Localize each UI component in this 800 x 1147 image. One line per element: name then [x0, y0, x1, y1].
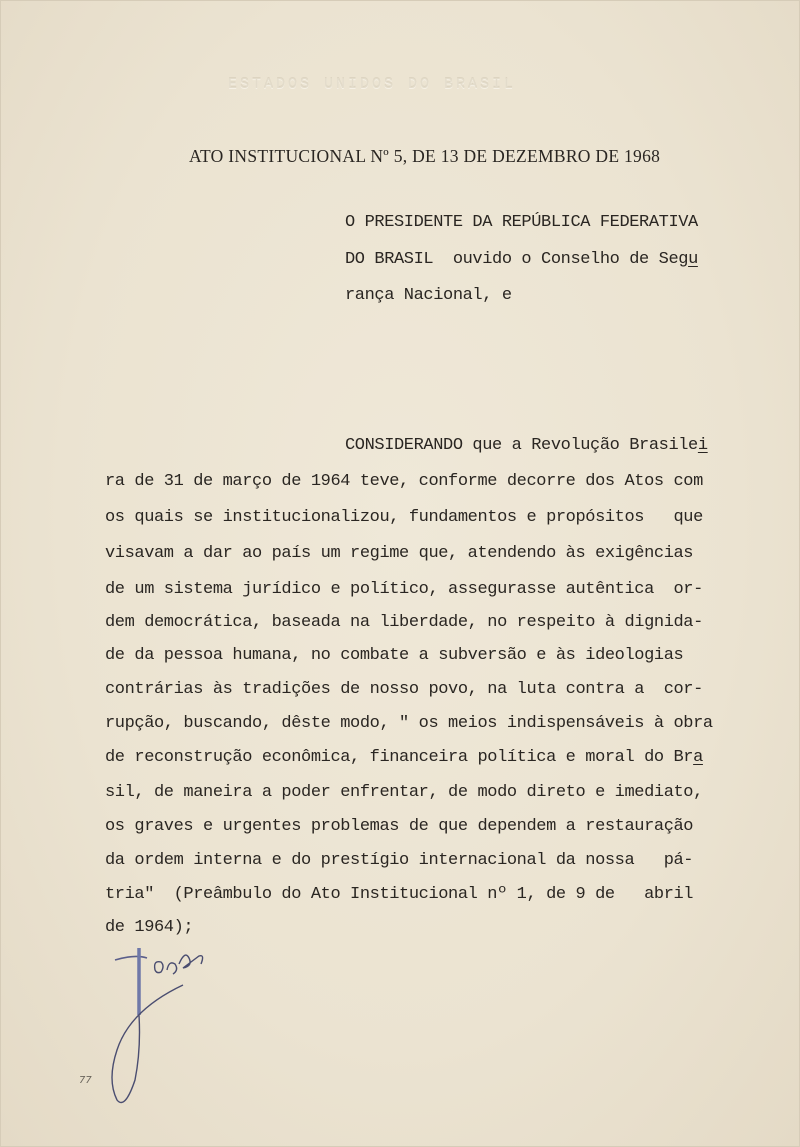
considerando-line-8: contrárias às tradições de nosso povo, n…	[105, 680, 703, 700]
document-page: ESTADOS UNIDOS DO BRASIL ATO INSTITUCION…	[0, 0, 800, 1147]
considerando-line-6: dem democrática, baseada na liberdade, n…	[105, 613, 703, 633]
embossed-letterhead: ESTADOS UNIDOS DO BRASIL	[228, 76, 516, 93]
preamble-line-1: O PRESIDENTE DA REPÚBLICA FEDERATIVA	[345, 213, 698, 233]
page-initials: 77	[79, 1075, 92, 1086]
preamble-line-2-underlined: u	[688, 250, 698, 269]
considerando-line-3: os quais se institucionalizou, fundament…	[105, 508, 703, 528]
considerando-line-14: tria" (Preâmbulo do Ato Institucional nº…	[105, 885, 693, 905]
considerando-line-7: de da pessoa humana, no combate a subver…	[105, 646, 683, 666]
handwritten-signature-icon	[95, 940, 235, 1120]
considerando-line-10: de reconstrução econômica, financeira po…	[105, 748, 703, 768]
considerando-line-1: CONSIDERANDO que a Revolução Brasilei	[345, 436, 708, 456]
preamble-line-3: rança Nacional, e	[345, 286, 512, 306]
considerando-line-1-text: CONSIDERANDO que a Revolução Brasile	[345, 436, 698, 455]
considerando-line-4: visavam a dar ao país um regime que, ate…	[105, 544, 693, 564]
considerando-line-11: sil, de maneira a poder enfrentar, de mo…	[105, 783, 703, 803]
considerando-line-9: rupção, buscando, dêste modo, " os meios…	[105, 714, 713, 734]
considerando-line-10-underlined: a	[693, 748, 703, 767]
considerando-line-13: da ordem interna e do prestígio internac…	[105, 851, 693, 871]
considerando-line-15: de 1964);	[105, 918, 193, 938]
considerando-line-10-text: de reconstrução econômica, financeira po…	[105, 748, 693, 767]
preamble-line-2: DO BRASIL ouvido o Conselho de Segu	[345, 250, 698, 270]
considerando-line-2: ra de 31 de março de 1964 teve, conforme…	[105, 472, 703, 492]
preamble-line-2-text: DO BRASIL ouvido o Conselho de Seg	[345, 250, 688, 269]
considerando-line-5: de um sistema jurídico e político, asseg…	[105, 580, 703, 600]
considerando-line-12: os graves e urgentes problemas de que de…	[105, 817, 693, 837]
considerando-line-1-underlined: i	[698, 436, 708, 455]
document-title: ATO INSTITUCIONAL Nº 5, DE 13 DE DEZEMBR…	[189, 146, 660, 167]
